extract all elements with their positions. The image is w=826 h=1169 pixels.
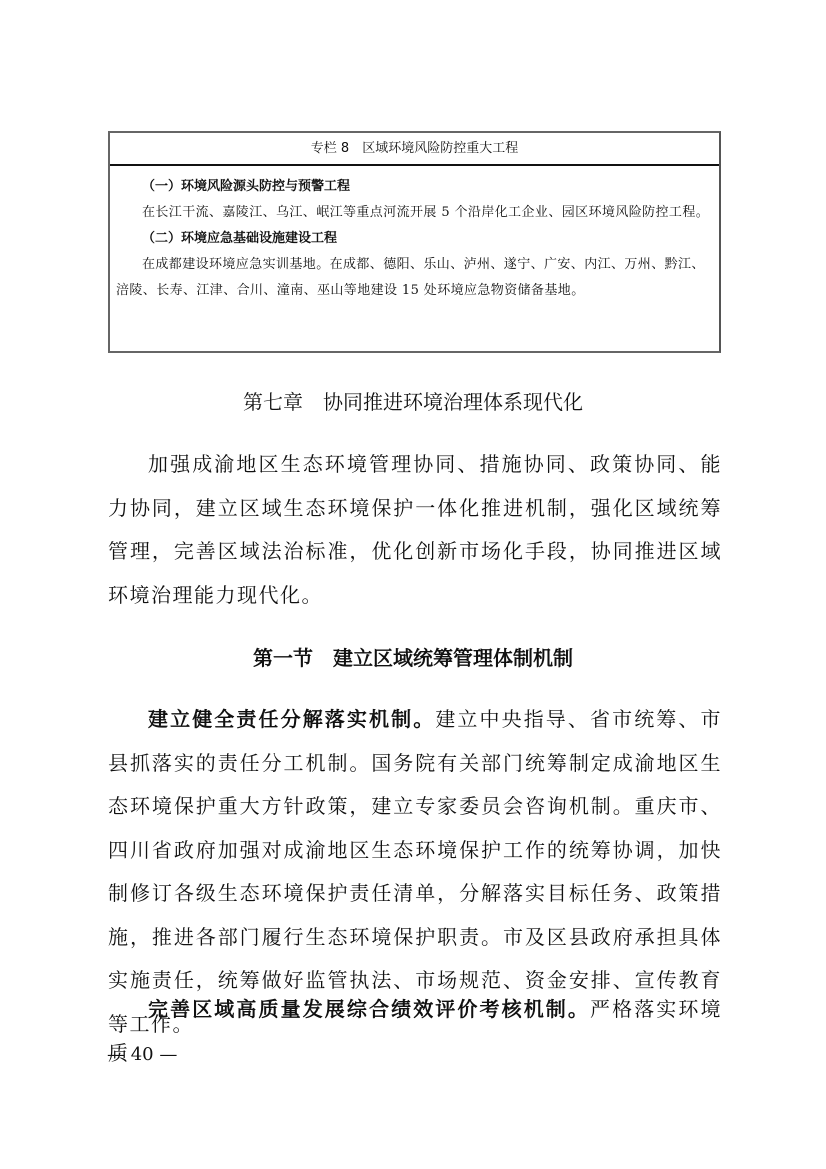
paragraph-text-1: 建立中央指导、省市统筹、市县抓落实的责任分工机制。国务院有关部门统筹制定成渝地区… xyxy=(108,707,722,1036)
feature-box-text-1: 在长江干流、嘉陵江、乌江、岷江等重点河流开展 5 个沿岸化工企业、园区环境风险防… xyxy=(116,200,713,226)
chapter-intro-paragraph: 加强成渝地区生态环境管理协同、措施协同、政策协同、能力协同，建立区域生态环境保护… xyxy=(108,443,722,617)
section-title: 第一节 建立区域统筹管理体制机制 xyxy=(0,643,826,673)
body-paragraph-2: 完善区域高质量发展综合绩效评价考核机制。严格落实环境质 xyxy=(108,988,722,1075)
feature-box-text-2: 在成都建设环境应急实训基地。在成都、德阳、乐山、泸州、遂宁、广安、内江、万州、黔… xyxy=(116,252,713,304)
feature-box-heading-1: （一）环境风险源头防控与预警工程 xyxy=(116,174,713,200)
chapter-title: 第七章 协同推进环境治理体系现代化 xyxy=(0,387,826,417)
page-number: — 40 — xyxy=(107,1043,177,1067)
paragraph-lead-2: 完善区域高质量发展综合绩效评价考核机制。 xyxy=(148,997,590,1021)
feature-box-heading-2: （二）环境应急基础设施建设工程 xyxy=(116,226,713,252)
feature-box: 专栏 8 区域环境风险防控重大工程 （一）环境风险源头防控与预警工程 在长江干流… xyxy=(108,131,721,353)
feature-box-body: （一）环境风险源头防控与预警工程 在长江干流、嘉陵江、乌江、岷江等重点河流开展 … xyxy=(110,166,719,304)
feature-box-title: 专栏 8 区域环境风险防控重大工程 xyxy=(110,133,719,166)
paragraph-lead-1: 建立健全责任分解落实机制。 xyxy=(148,707,435,731)
